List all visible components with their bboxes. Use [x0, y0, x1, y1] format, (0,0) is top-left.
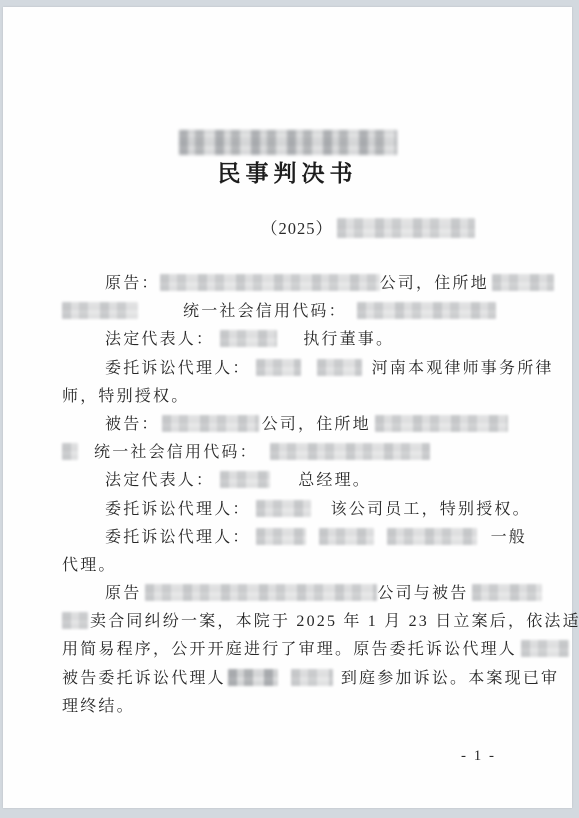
redacted-text	[319, 528, 374, 545]
text-segment: 委托诉讼代理人：	[105, 529, 251, 546]
text-segment: 统一社会信用代码：	[94, 444, 258, 461]
document-line: 原告：公司，住所地	[62, 270, 562, 298]
text-segment: 代理。	[62, 557, 117, 574]
redacted-text	[220, 471, 270, 488]
text-segment: 理终结。	[62, 698, 135, 715]
document-line: 卖合同纠纷一案，本院于 2025 年 1 月 23 日立案后，依法适	[62, 608, 562, 636]
text-segment: 原告	[105, 585, 141, 602]
document-line: 用简易程序，公开开庭进行了审理。原告委托诉讼代理人	[62, 636, 562, 664]
text-segment: 用简易程序，公开开庭进行了审理。原告委托诉讼代理人	[62, 641, 517, 658]
redacted-text	[220, 330, 277, 347]
document-line: 委托诉讼代理人：一般	[62, 524, 562, 552]
document-line: 法定代表人：总经理。	[62, 467, 562, 495]
redacted-text	[256, 359, 301, 376]
document-body: 原告：公司，住所地统一社会信用代码：法定代表人：执行董事。委托诉讼代理人：河南本…	[62, 270, 562, 721]
text-segment: 公司与被告	[377, 585, 468, 602]
redacted-text	[375, 415, 508, 432]
redacted-text	[317, 359, 362, 376]
text-segment: 被告委托诉讼代理人	[62, 670, 226, 687]
redacted-text	[357, 302, 496, 319]
court-name-row	[3, 130, 572, 155]
case-year-prefix: （2025）	[261, 219, 333, 238]
text-segment: 师，特别授权。	[62, 388, 189, 405]
text-segment: 公司，住所地	[380, 275, 489, 292]
case-number-line: （2025）	[3, 215, 572, 239]
redacted-text	[162, 415, 259, 432]
text-segment: 法定代表人：	[105, 472, 214, 489]
redacted-text	[492, 274, 554, 291]
redacted-text	[270, 443, 430, 460]
text-segment: 总经理。	[298, 472, 371, 489]
redacted-text	[62, 612, 88, 629]
text-segment: 到庭参加诉讼。本案现已审	[341, 670, 559, 687]
document-line: 师，特别授权。	[62, 383, 562, 411]
document-title: 民事判决书	[3, 155, 572, 188]
text-segment: 一般	[491, 529, 527, 546]
text-segment: 委托诉讼代理人：	[105, 360, 251, 377]
text-segment: 该公司员工，特别授权。	[331, 501, 531, 518]
redacted-text	[256, 528, 306, 545]
text-segment: 被告：	[105, 416, 160, 433]
redacted-text	[228, 669, 278, 686]
redacted-text	[387, 528, 477, 545]
document-line: 代理。	[62, 552, 562, 580]
redacted-text	[160, 274, 380, 291]
redacted-court-name	[179, 130, 397, 155]
redacted-text	[62, 302, 138, 319]
redacted-text	[291, 669, 333, 686]
redacted-text	[521, 640, 569, 657]
redacted-text	[472, 584, 542, 601]
document-line: 原告公司与被告	[62, 580, 562, 608]
text-segment: 卖合同纠纷一案，本院于 2025 年 1 月 23 日立案后，依法适	[90, 613, 579, 630]
text-segment: 原告：	[105, 275, 160, 292]
judgment-page: 民事判决书 （2025） 原告：公司，住所地统一社会信用代码：法定代表人：执行董…	[3, 7, 572, 808]
document-line: 理终结。	[62, 693, 562, 721]
document-line: 被告委托诉讼代理人到庭参加诉讼。本案现已审	[62, 665, 562, 693]
text-segment: 法定代表人：	[105, 331, 214, 348]
text-segment: 公司，住所地	[262, 416, 371, 433]
text-segment: 委托诉讼代理人：	[105, 501, 251, 518]
redacted-text	[145, 584, 377, 601]
document-line: 统一社会信用代码：	[62, 298, 562, 326]
document-line: 统一社会信用代码：	[62, 439, 562, 467]
document-line: 法定代表人：执行董事。	[62, 326, 562, 354]
document-line: 委托诉讼代理人：该公司员工，特别授权。	[62, 496, 562, 524]
document-line: 被告：公司，住所地	[62, 411, 562, 439]
page-number: - 1 -	[461, 748, 496, 765]
document-line: 委托诉讼代理人：河南本观律师事务所律	[62, 355, 562, 383]
redacted-text	[256, 500, 311, 517]
text-segment: 河南本观律师事务所律	[372, 360, 554, 377]
text-segment: 执行董事。	[303, 331, 394, 348]
redacted-text	[62, 443, 78, 460]
redacted-case-number	[337, 218, 475, 238]
text-segment: 统一社会信用代码：	[183, 303, 347, 320]
